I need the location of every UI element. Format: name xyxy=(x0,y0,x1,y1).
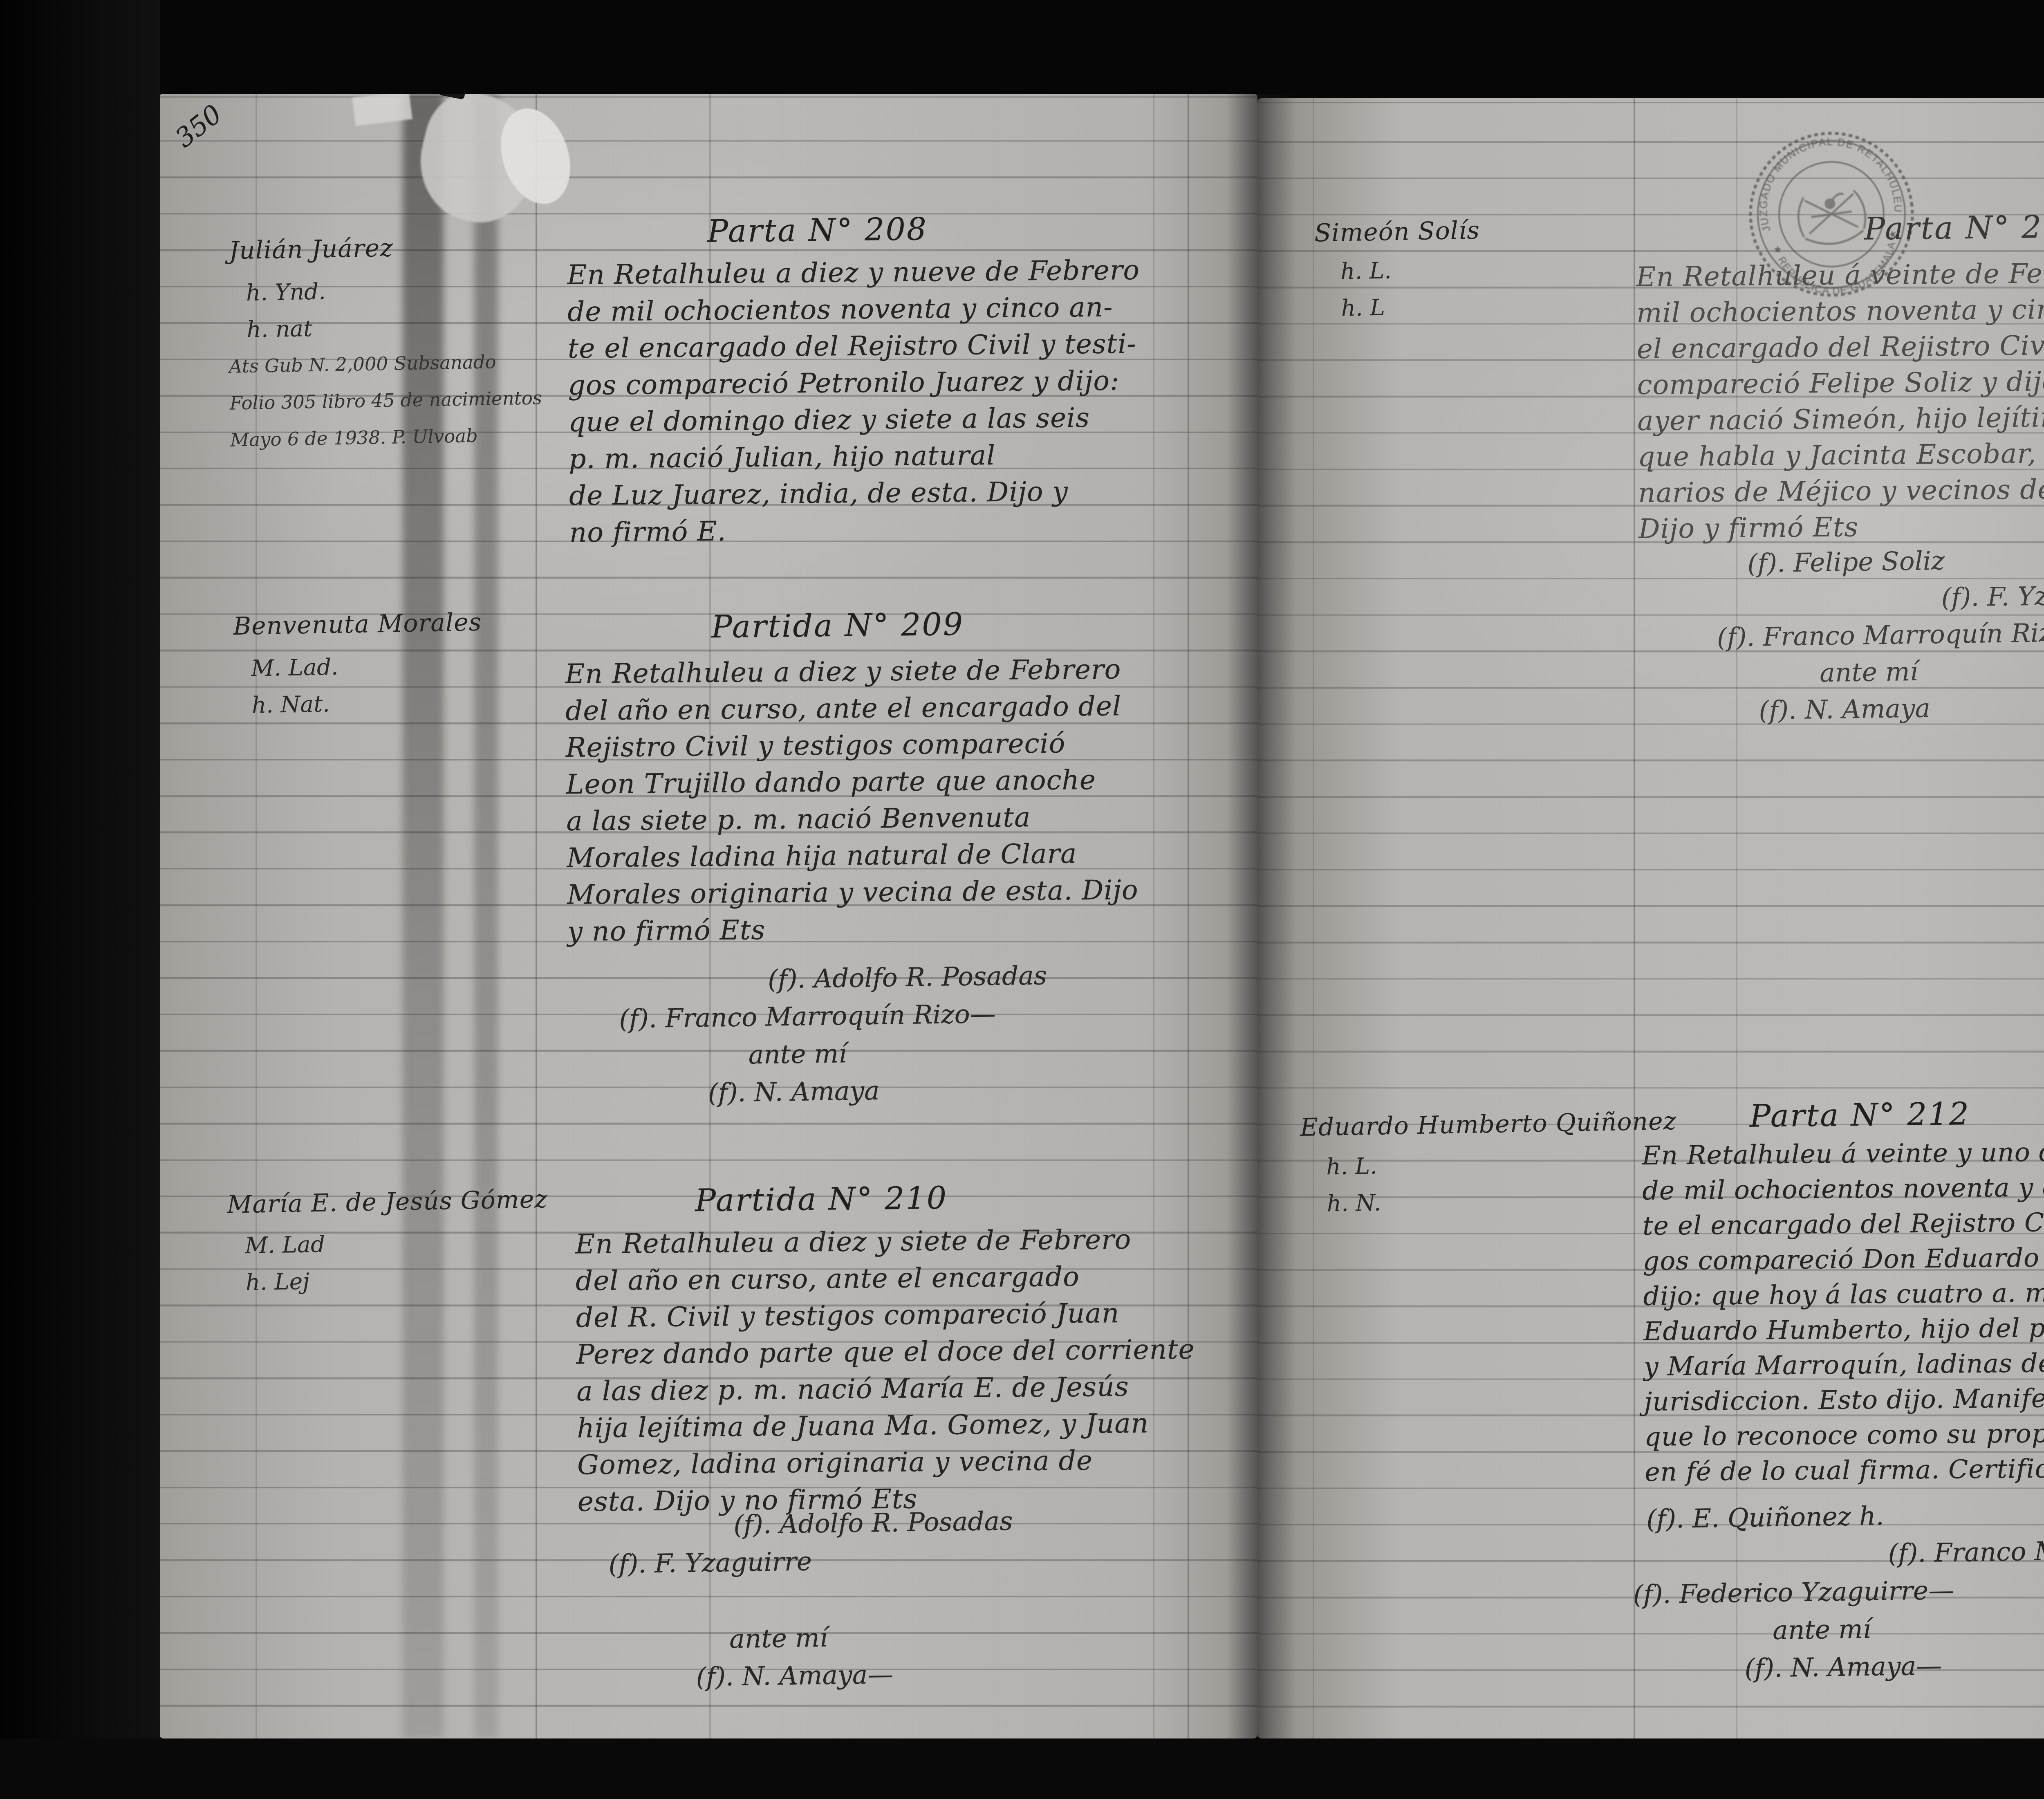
signature-line: (f). Federico Yzaguirre— xyxy=(1633,1567,2044,1614)
handwritten-line: y María Marroquín, ladinas de esta xyxy=(1644,1344,2044,1384)
handwritten-line: del año en curso, ante el encargado xyxy=(576,1257,1195,1299)
photo-border-top xyxy=(0,0,2044,94)
signature-line: ante mí xyxy=(1820,650,2044,691)
handwritten-line: que lo reconoce como su propio hijo xyxy=(1644,1415,2044,1455)
margin-note-line: Ats Gub N. 2,000 Subsanado xyxy=(229,343,542,385)
partida-211-body: En Retalhuleu á veinte de Febrero demil … xyxy=(1636,254,2044,547)
handwritten-line: no firmó E. xyxy=(569,509,1142,551)
margin-note-line: h. Lej xyxy=(245,1263,326,1301)
handwritten-line: y no firmó Ets xyxy=(567,908,1139,950)
handwritten-line: jurisdiccion. Esto dijo. Manifestando— xyxy=(1644,1380,2044,1420)
handwritten-line: mil ochocientos noventa y cinco, ante xyxy=(1636,290,2044,331)
signature-line: (f). N. Amaya— xyxy=(696,1654,1015,1696)
partida-209-heading: Partida N° 209 xyxy=(711,606,964,645)
margin-note-line: Mayo 6 de 1938. P. Ulvoab xyxy=(230,416,543,458)
partida-211-heading: Parta N° 211 xyxy=(1864,208,2044,247)
handwritten-line: En Retalhuleu a diez y siete de Febrero xyxy=(575,1220,1194,1263)
signature-line: (f). F. Yzaguirre xyxy=(608,1540,1013,1583)
margin-note-line: h. L. xyxy=(1340,252,1392,289)
signature-line: (f). Franco Marroquín Rizo xyxy=(1717,613,2044,656)
margin-note-line: M. Lad. xyxy=(251,648,338,687)
handwritten-line: Leon Trujillo dando parte que anoche xyxy=(566,761,1137,803)
handwritten-line: ayer nació Simeón, hijo lejítimo del xyxy=(1637,398,2044,439)
signature-line: (f). N. Amaya xyxy=(708,1070,1049,1112)
handwritten-line: Gomez, ladina originaria y vecina de xyxy=(577,1441,1196,1483)
registrant-name: Benvenuta Morales xyxy=(233,608,482,641)
partida-211-signatures: (f). Felipe Soliz(f). F. Yzaguirre—(f). … xyxy=(1654,539,2044,731)
margin-note-line: h. N. xyxy=(1327,1184,1381,1222)
registrant-name: Simeón Solís xyxy=(1314,216,1480,247)
margin-note-line: h. Ynd. xyxy=(246,269,540,311)
handwritten-line: gos compareció Petronilo Juarez y dijo: xyxy=(568,362,1141,404)
handwritten-line: Perez dando parte que el doce del corrie… xyxy=(576,1331,1195,1373)
handwritten-line: de Luz Juarez, india, de esta. Dijo y xyxy=(569,473,1142,514)
handwritten-line: En Retalhuleu á veinte y uno de Febrero xyxy=(1642,1133,2044,1173)
partida-210-signatures: (f). Adolfo R. Posadas(f). F. Yzaguirrea… xyxy=(571,1502,1015,1698)
registrant-name: María E. de Jesús Gómez xyxy=(226,1185,548,1219)
margin-note-line: Folio 305 libro 45 de nacimientos xyxy=(229,379,542,422)
signature-line: ante mí xyxy=(748,1032,1048,1074)
book-gutter-shadow xyxy=(1226,93,1296,1738)
handwritten-line: hija lejítima de Juana Ma. Gomez, y Juan xyxy=(577,1404,1196,1447)
handwritten-line: Eduardo Humberto, hijo del presentado xyxy=(1643,1309,2044,1349)
partida-212-body: En Retalhuleu á veinte y uno de Febrerod… xyxy=(1642,1133,2044,1490)
partida-208-heading: Parta N° 208 xyxy=(707,211,928,249)
signature-line: ante mí xyxy=(1773,1605,2044,1649)
partida-212-signatures: (f). E. Quiñonez h.(f). Franco Marroquín… xyxy=(1630,1492,2044,1689)
handwritten-line: Morales originaria y vecina de esta. Dij… xyxy=(567,872,1139,913)
partida-210-heading: Partida N° 210 xyxy=(695,1180,948,1218)
signature-line: (f). Adolfo R. Posadas xyxy=(733,1502,1013,1544)
ruled-vertical-line xyxy=(1313,98,1314,1738)
margin-note-line: M. Lad xyxy=(244,1226,325,1264)
coat-of-arms xyxy=(1795,189,1869,248)
signature-line: (f). F. Yzaguirre— xyxy=(1941,576,2044,616)
photo-border-bottom xyxy=(0,1738,2044,1799)
margin-separator-line xyxy=(1634,98,1635,1738)
handwritten-line: narios de Méjico y vecinos de esta. xyxy=(1638,470,2044,511)
handwritten-line: en fé de lo cual firma. Certificamos xyxy=(1645,1450,2044,1490)
handwritten-line: te el encargado del Rejistro Civil y tes… xyxy=(1643,1204,2044,1244)
signature-line: (f). Adolfo R. Posadas xyxy=(767,957,1047,998)
signature-line: (f). Franco Marroquín Rizo— xyxy=(619,994,1048,1038)
margin-entry-maria-gomez: María E. de Jesús Gómez xyxy=(226,1185,548,1219)
handwritten-line: que habla y Jacinta Escobar, oriji- xyxy=(1638,434,2044,475)
handwritten-line: compareció Felipe Soliz y dijo que ante xyxy=(1637,362,2044,403)
margin-notes: M. Lad.h. Nat. xyxy=(232,648,339,724)
handwritten-line: En Retalhuleu á veinte de Febrero de xyxy=(1636,254,2044,295)
handwritten-line: p. m. nació Julian, hijo natural xyxy=(569,436,1142,478)
handwritten-line: gos compareció Don Eduardo Quiñonez y xyxy=(1643,1239,2044,1279)
handwritten-line: te el encargado del Rejistro Civil y tes… xyxy=(567,325,1141,367)
handwritten-line: En Retalhuleu a diez y nueve de Febrero xyxy=(567,252,1140,294)
registry-book-photo: 350 351 JUZGADO MUNICIPAL DE RETALHULEU … xyxy=(0,0,2044,1799)
signature-line: (f). Franco Marroquín Rizo— xyxy=(1888,1530,2044,1572)
photo-border-left xyxy=(0,0,160,1799)
handwritten-line: el encargado del Rejistro Civil y testig… xyxy=(1636,326,2044,367)
partida-209-signatures: (f). Adolfo R. Posadas(f). Franco Marroq… xyxy=(592,957,1049,1114)
partida-210-body: En Retalhuleu a diez y siete de Febrerod… xyxy=(575,1220,1196,1520)
margin-notes: h. L.h. N. xyxy=(1299,1147,1381,1222)
margin-entry-benvenuta-morales: Benvenuta Morales xyxy=(233,608,482,641)
handwritten-line: Rejistro Civil y testigos compareció xyxy=(565,725,1137,766)
signature-line: ante mí xyxy=(729,1616,1015,1658)
margin-notes: h. L.h. L xyxy=(1313,252,1392,327)
margin-notes: h. Ynd.h. natAts Gub N. 2,000 SubsanadoF… xyxy=(227,269,543,458)
handwritten-line: Dijo y firmó Ets xyxy=(1638,506,2044,547)
signature-line: (f). Felipe Soliz xyxy=(1747,539,2044,582)
partida-208-body: En Retalhuleu a diez y nueve de Febrerod… xyxy=(567,252,1142,551)
signature-line: (f). N. Amaya— xyxy=(1744,1642,2044,1687)
margin-note-line: h. L. xyxy=(1326,1147,1381,1185)
handwritten-line: de mil ochocientos noventa y cinco, an- xyxy=(1642,1169,2044,1209)
margin-note-line: h. L xyxy=(1341,289,1392,326)
margin-notes: M. Ladh. Lej xyxy=(226,1226,326,1301)
partida-209-body: En Retalhuleu a diez y siete de Febrerod… xyxy=(565,651,1139,950)
handwritten-line: a las diez p. m. nació María E. de Jesús xyxy=(576,1368,1195,1410)
handwritten-line: dijo: que hoy á las cuatro a. m. nació xyxy=(1643,1274,2044,1314)
margin-note-line: h. Nat. xyxy=(251,685,339,724)
partida-212-heading: Parta N° 212 xyxy=(1750,1095,1970,1134)
handwritten-line: Morales ladina hija natural de Clara xyxy=(567,835,1138,877)
margin-entry-simeon-solis: Simeón Solís xyxy=(1314,216,1480,247)
handwritten-line: de mil ochocientos noventa y cinco an- xyxy=(567,289,1141,330)
registrant-name: Julián Juárez xyxy=(229,233,393,265)
handwritten-line: del año en curso, ante el encargado del xyxy=(565,688,1137,729)
handwritten-line: En Retalhuleu a diez y siete de Febrero xyxy=(565,651,1136,693)
margin-note-line: h. nat xyxy=(247,306,541,348)
margin-entry-julian-juarez: Julián Juárez xyxy=(229,233,393,265)
signature-line: (f). N. Amaya xyxy=(1759,686,2044,729)
handwritten-line: del R. Civil y testigos compareció Juan xyxy=(576,1294,1195,1336)
handwritten-line: a las siete p. m. nació Benvenuta xyxy=(566,798,1138,840)
handwritten-line: que el domingo diez y siete a las seis xyxy=(568,399,1141,441)
